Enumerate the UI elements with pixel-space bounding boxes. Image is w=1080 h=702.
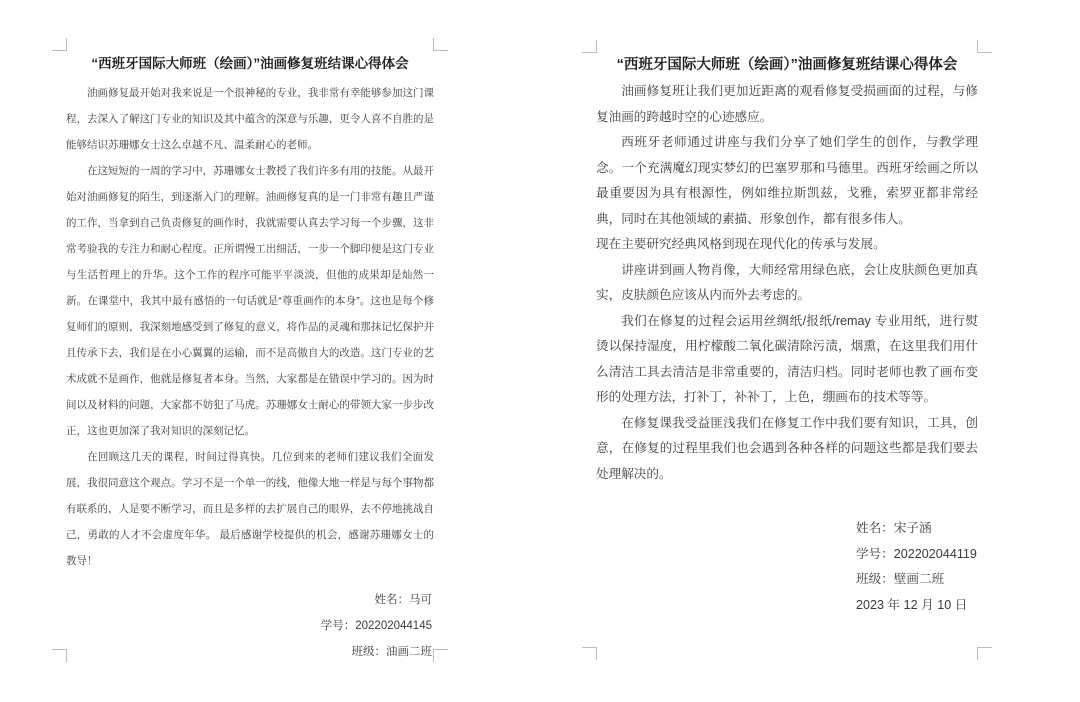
body-paragraph: 油画修复班让我们更加近距离的观看修复受损画面的过程，与修复油画的跨越时空的心迹感… <box>596 79 978 130</box>
signature-block: 姓名：宋子涵学号：202202044119班级：壁画二班2023 年 12 月 … <box>596 516 978 618</box>
body-paragraphs: 油画修复最开始对我来说是一个很神秘的专业，我非常有幸能够参加这门课程，去深入了解… <box>66 80 434 574</box>
signature-block: 姓名：马可学号：202202044145班级：油画二班 <box>66 587 434 665</box>
signature-line: 班级：壁画二班 <box>856 567 978 593</box>
body-paragraph: 我们在修复的过程会运用丝绸纸/报纸/remay 专业用纸，进行熨烫以保持湿度，用… <box>596 309 978 411</box>
margin-crop-mark-bottom-left-icon <box>52 649 67 662</box>
body-paragraph: 西班牙老师通过讲座与我们分享了她们学生的创作，与教学理念。一个充满魔幻现实梦幻的… <box>596 130 978 232</box>
signature-line: 姓名：马可 <box>66 587 432 613</box>
signature-line: 学号：202202044119 <box>856 542 978 568</box>
body-paragraph: 在这短短的一周的学习中，苏珊娜女士教授了我们许多有用的技能。从最开始对油画修复的… <box>66 158 434 444</box>
body-paragraph: 在回顾这几天的课程，时间过得真快。几位到来的老师们建议我们全面发展，我很同意这个… <box>66 444 434 574</box>
document-scan-canvas: “西班牙国际大师班（绘画）”油画修复班结课心得体会 油画修复最开始对我来说是一个… <box>0 0 1080 702</box>
margin-crop-mark-bottom-right-icon <box>977 647 992 660</box>
signature-line: 姓名：宋子涵 <box>856 516 978 542</box>
margin-crop-mark-top-left-icon <box>52 38 67 51</box>
body-paragraph: 在修复课我受益匪浅我们在修复工作中我们要有知识，工具，创意，在修复的过程里我们也… <box>596 411 978 488</box>
body-paragraph: 现在主要研究经典风格到现在现代化的传承与发展。 <box>596 232 978 258</box>
margin-crop-mark-top-right-icon <box>977 40 992 53</box>
signature-line: 学号：202202044145 <box>66 613 432 639</box>
margin-crop-mark-top-right-icon <box>433 38 448 51</box>
page-title: “西班牙国际大师班（绘画）”油画修复班结课心得体会 <box>596 52 978 79</box>
document-page-2: “西班牙国际大师班（绘画）”油画修复班结课心得体会 油画修复班让我们更加近距离的… <box>596 52 978 648</box>
signature-line: 2023 年 12 月 10 日 <box>856 593 978 619</box>
margin-crop-mark-top-left-icon <box>582 40 597 53</box>
page-title: “西班牙国际大师班（绘画）”油画修复班结课心得体会 <box>66 50 434 78</box>
margin-crop-mark-bottom-left-icon <box>582 647 597 660</box>
document-page-1: “西班牙国际大师班（绘画）”油画修复班结课心得体会 油画修复最开始对我来说是一个… <box>66 50 434 650</box>
margin-crop-mark-bottom-right-icon <box>433 649 448 662</box>
body-paragraph: 讲座讲到画人物肖像，大师经常用绿色底，会让皮肤颜色更加真实，皮肤颜色应该从内而外… <box>596 258 978 309</box>
body-paragraph: 油画修复最开始对我来说是一个很神秘的专业，我非常有幸能够参加这门课程，去深入了解… <box>66 80 434 158</box>
signature-line: 班级：油画二班 <box>66 639 432 665</box>
body-paragraphs: 油画修复班让我们更加近距离的观看修复受损画面的过程，与修复油画的跨越时空的心迹感… <box>596 79 978 487</box>
